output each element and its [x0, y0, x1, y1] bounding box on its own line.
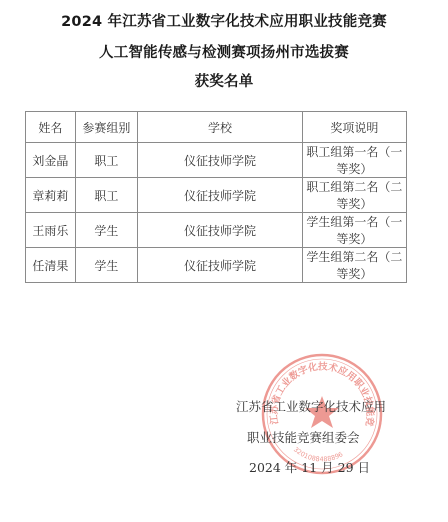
- cell-name: 任清果: [26, 248, 76, 283]
- col-header-name: 姓名: [26, 112, 76, 143]
- cell-group: 学生: [75, 213, 138, 248]
- col-header-award: 奖项说明: [302, 112, 406, 143]
- doc-title-line2: 人工智能传感与检测赛项扬州市选拔赛: [0, 41, 448, 62]
- table-header-row: 姓名 参赛组别 学校 奖项说明: [26, 112, 407, 143]
- cell-school: 仪征技师学院: [138, 248, 303, 283]
- cell-award: 职工组第一名（一等奖）: [302, 143, 406, 178]
- cell-group: 学生: [75, 248, 138, 283]
- col-header-group: 参赛组别: [75, 112, 138, 143]
- cell-award: 学生组第一名（一等奖）: [302, 213, 406, 248]
- cell-school: 仪征技师学院: [138, 213, 303, 248]
- col-header-school: 学校: [138, 112, 303, 143]
- table-row: 刘金晶 职工 仪征技师学院 职工组第一名（一等奖）: [26, 143, 407, 178]
- doc-title-line3: 获奖名单: [0, 70, 448, 91]
- table-row: 章莉莉 职工 仪征技师学院 职工组第二名（二等奖）: [26, 178, 407, 213]
- cell-school: 仪征技师学院: [138, 178, 303, 213]
- doc-title-line1: 2024 年江苏省工业数字化技术应用职业技能竞赛: [0, 10, 448, 31]
- organizer-line2: 职业技能竞赛组委会: [247, 428, 360, 446]
- table-row: 任清果 学生 仪征技师学院 学生组第二名（二等奖）: [26, 248, 407, 283]
- organizer-line1: 江苏省工业数字化技术应用: [236, 397, 386, 415]
- issue-date: 2024 年 11 月 29 日: [249, 458, 370, 476]
- cell-name: 王雨乐: [26, 213, 76, 248]
- cell-school: 仪征技师学院: [138, 143, 303, 178]
- cell-name: 章莉莉: [26, 178, 76, 213]
- cell-name: 刘金晶: [26, 143, 76, 178]
- cell-award: 学生组第二名（二等奖）: [302, 248, 406, 283]
- cell-group: 职工: [75, 178, 138, 213]
- cell-award: 职工组第二名（二等奖）: [302, 178, 406, 213]
- table-row: 王雨乐 学生 仪征技师学院 学生组第一名（一等奖）: [26, 213, 407, 248]
- winners-table: 姓名 参赛组别 学校 奖项说明 刘金晶 职工 仪征技师学院 职工组第一名（一等奖…: [25, 111, 407, 283]
- cell-group: 职工: [75, 143, 138, 178]
